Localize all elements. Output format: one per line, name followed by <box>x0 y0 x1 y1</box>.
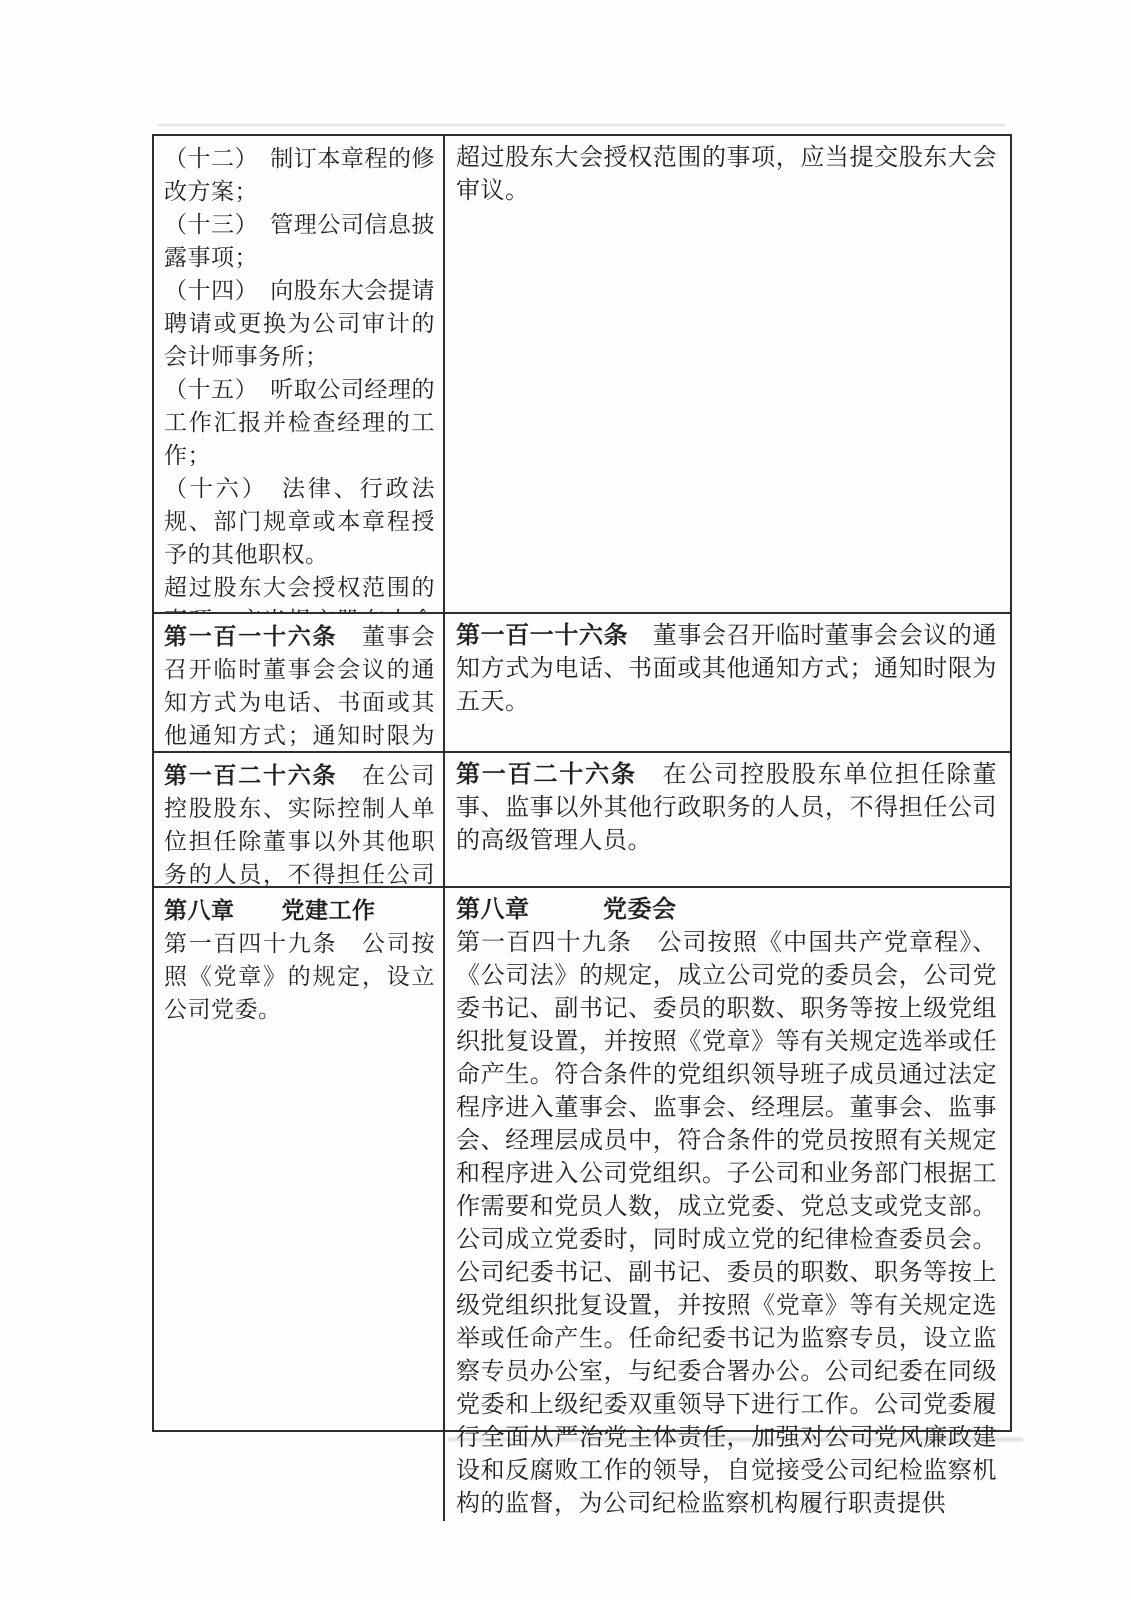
row2-right-cell: 第一百一十六条 董事会召开临时董事会会议的通知方式为电话、书面或其他通知方式；通… <box>445 614 1010 751</box>
article-number: 第一百四十九条 <box>456 930 632 956</box>
article-paragraph: 第一百四十九条 公司按照《中国共产党章程》、《公司法》的规定，成立公司党的委员会… <box>456 927 997 1521</box>
chapter-heading: 第八章 党委会 <box>456 894 997 927</box>
row4-right-cell: 第八章 党委会 第一百四十九条 公司按照《中国共产党章程》、《公司法》的规定，成… <box>445 888 1010 1521</box>
table-row: 第一百二十六条 在公司控股股东、实际控制人单位担任除董事以外其他职务的人员，不得… <box>154 753 1010 888</box>
scanned-page: （十二） 制订本章程的修改方案； （十三） 管理公司信息披露事项； （十四） 向… <box>0 0 1131 1600</box>
chapter-heading: 第八章 党建工作 <box>164 894 435 927</box>
row2-left-cell: 第一百一十六条 董事会召开临时董事会会议的通知方式为电话、书面或其他通知方式；通… <box>154 614 445 751</box>
row3-left-cell: 第一百二十六条 在公司控股股东、实际控制人单位担任除董事以外其他职务的人员，不得… <box>154 753 445 886</box>
articles-comparison-table: （十二） 制订本章程的修改方案； （十三） 管理公司信息披露事项； （十四） 向… <box>152 134 1012 1432</box>
article-number: 第一百一十六条 <box>164 624 337 649</box>
clause-item: （十六） 法律、行政法规、部门规章或本章程授予的其他职权。 <box>164 472 435 571</box>
row4-left-cell: 第八章 党建工作 第一百四十九条 公司按照《党章》的规定，设立公司党委。 <box>154 888 445 1521</box>
table-row: （十二） 制订本章程的修改方案； （十三） 管理公司信息披露事项； （十四） 向… <box>154 136 1010 614</box>
clause-item: 超过股东大会授权范围的事项，应当提交股东大会审议。 <box>164 571 435 612</box>
article-number: 第一百四十九条 <box>164 931 337 956</box>
clause-item: （十四） 向股东大会提请聘请或更换为公司审计的会计师事务所； <box>164 274 435 373</box>
article-number: 第一百一十六条 <box>456 623 628 649</box>
clause-item: （十二） 制订本章程的修改方案； <box>164 142 435 208</box>
article-paragraph: 第一百四十九条 公司按照《党章》的规定，设立公司党委。 <box>164 927 435 1026</box>
clause-item: （十三） 管理公司信息披露事项； <box>164 208 435 274</box>
row3-right-cell: 第一百二十六条 在公司控股股东单位担任除董事、监事以外其他行政职务的人员，不得担… <box>445 753 1010 886</box>
row1-right-cell: 超过股东大会授权范围的事项，应当提交股东大会审议。 <box>445 136 1010 612</box>
article-text: 公司按照《中国共产党章程》、《公司法》的规定，成立公司党的委员会，公司党委书记、… <box>456 930 997 1517</box>
article-number: 第一百二十六条 <box>164 763 337 788</box>
article-paragraph: 第一百二十六条 在公司控股股东、实际控制人单位担任除董事以外其他职务的人员，不得… <box>164 759 435 886</box>
row1-left-cell: （十二） 制订本章程的修改方案； （十三） 管理公司信息披露事项； （十四） 向… <box>154 136 445 612</box>
clause-item: （十五） 听取公司经理的工作汇报并检查经理的工作； <box>164 373 435 472</box>
article-paragraph: 第一百二十六条 在公司控股股东单位担任除董事、监事以外其他行政职务的人员，不得担… <box>456 759 997 858</box>
article-paragraph: 第一百一十六条 董事会召开临时董事会会议的通知方式为电话、书面或其他通知方式；通… <box>164 620 435 751</box>
table-row: 第一百一十六条 董事会召开临时董事会会议的通知方式为电话、书面或其他通知方式；通… <box>154 614 1010 753</box>
clause-item: 超过股东大会授权范围的事项，应当提交股东大会审议。 <box>456 142 997 208</box>
scan-artifact-top <box>158 124 1006 126</box>
article-paragraph: 第一百一十六条 董事会召开临时董事会会议的通知方式为电话、书面或其他通知方式；通… <box>456 620 997 719</box>
table-row: 第八章 党建工作 第一百四十九条 公司按照《党章》的规定，设立公司党委。 第八章… <box>154 888 1010 1521</box>
article-number: 第一百二十六条 <box>456 762 637 788</box>
